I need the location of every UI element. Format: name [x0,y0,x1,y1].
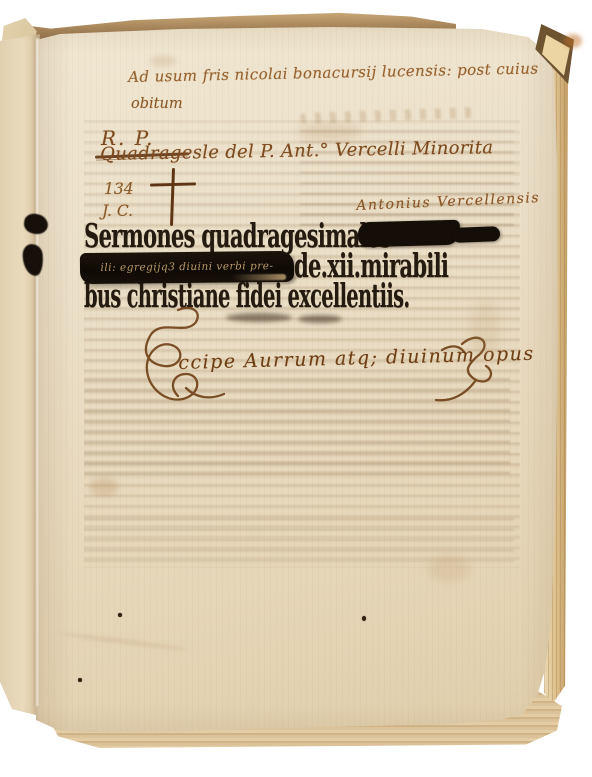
calligraphic-flourish [126,302,498,422]
wormhole [118,613,122,617]
book-photo: Ad usum fris nicolai bonacursij lucensis… [0,0,592,777]
censor-bar-gap [232,274,286,281]
show-through-patch [84,518,514,562]
right-flourish-tail [436,380,476,400]
wormhole [362,616,366,621]
damaged-top-right-corner [532,24,574,84]
right-flourish-link [442,346,464,352]
right-flourish [462,338,491,382]
gutter-crease-highlight [34,38,40,706]
censor-ink-blob-tail [452,226,500,243]
title-page: Ad usum fris nicolai bonacursij lucensis… [30,20,566,742]
wormhole [78,678,82,682]
censor-ink-bar: ili: egregijq3 diuini verbi pre- [80,251,294,284]
shelf-number: 134 [104,180,134,198]
ownership-inscription-line1: Ad usum fris nicolai bonacursij lucensis… [128,59,539,86]
ownership-inscription-line2: obitum [131,96,183,112]
cross-horizontal-stroke [150,182,196,186]
censor-ink-blob [358,220,461,248]
left-flourish-knot [146,308,198,400]
